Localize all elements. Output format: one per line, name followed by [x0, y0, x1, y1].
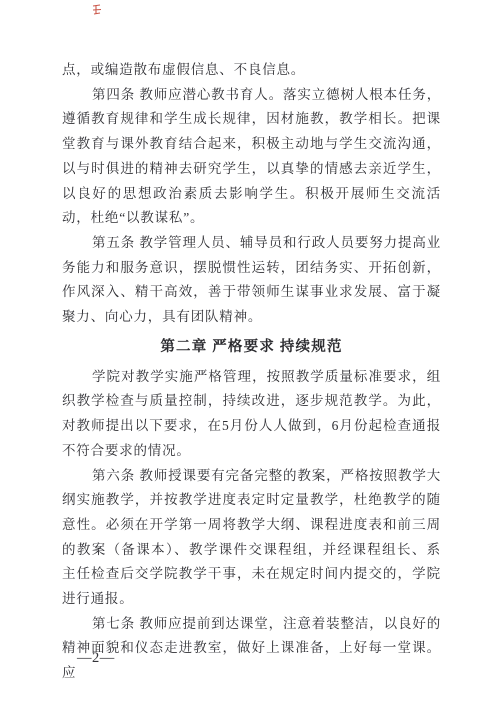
- paragraph-article-5: 第五条 教学管理人员、辅导员和行政人员要努力提高业务能力和服务意识，摆脱惯性运转…: [62, 231, 441, 330]
- paragraph-continuation: 点，或编造散布虚假信息、不良信息。: [62, 58, 441, 83]
- paragraph-article-4: 第四条 教师应潜心教书育人。落实立德树人根本任务，遵循教育规律和学生成长规律，因…: [62, 83, 441, 231]
- paragraph-article-6: 第六条 教师授课要有完备完整的教案，严格按照教学大纲实施教学，并按教学进度表定时…: [62, 464, 441, 612]
- document-body: 点，或编造散布虚假信息、不良信息。 第四条 教师应潜心教书育人。落实立德树人根本…: [62, 58, 441, 686]
- chapter-heading: 第二章 严格要求 持续规范: [62, 335, 441, 359]
- paragraph-article-7: 第七条 教师应提前到达课堂，注意着装整洁，以良好的精神面貌和仪态走进教室，做好上…: [62, 612, 441, 686]
- paragraph-chapter-intro: 学院对教学实施严格管理，按照教学质量标准要求，组织教学检查与质量控制，持续改进，…: [62, 365, 441, 464]
- page-number: —2—: [77, 650, 115, 667]
- red-stamp-artifact-icon: [92, 4, 102, 16]
- document-page: 点，或编造散布虚假信息、不良信息。 第四条 教师应潜心教书育人。落实立德树人根本…: [0, 0, 501, 710]
